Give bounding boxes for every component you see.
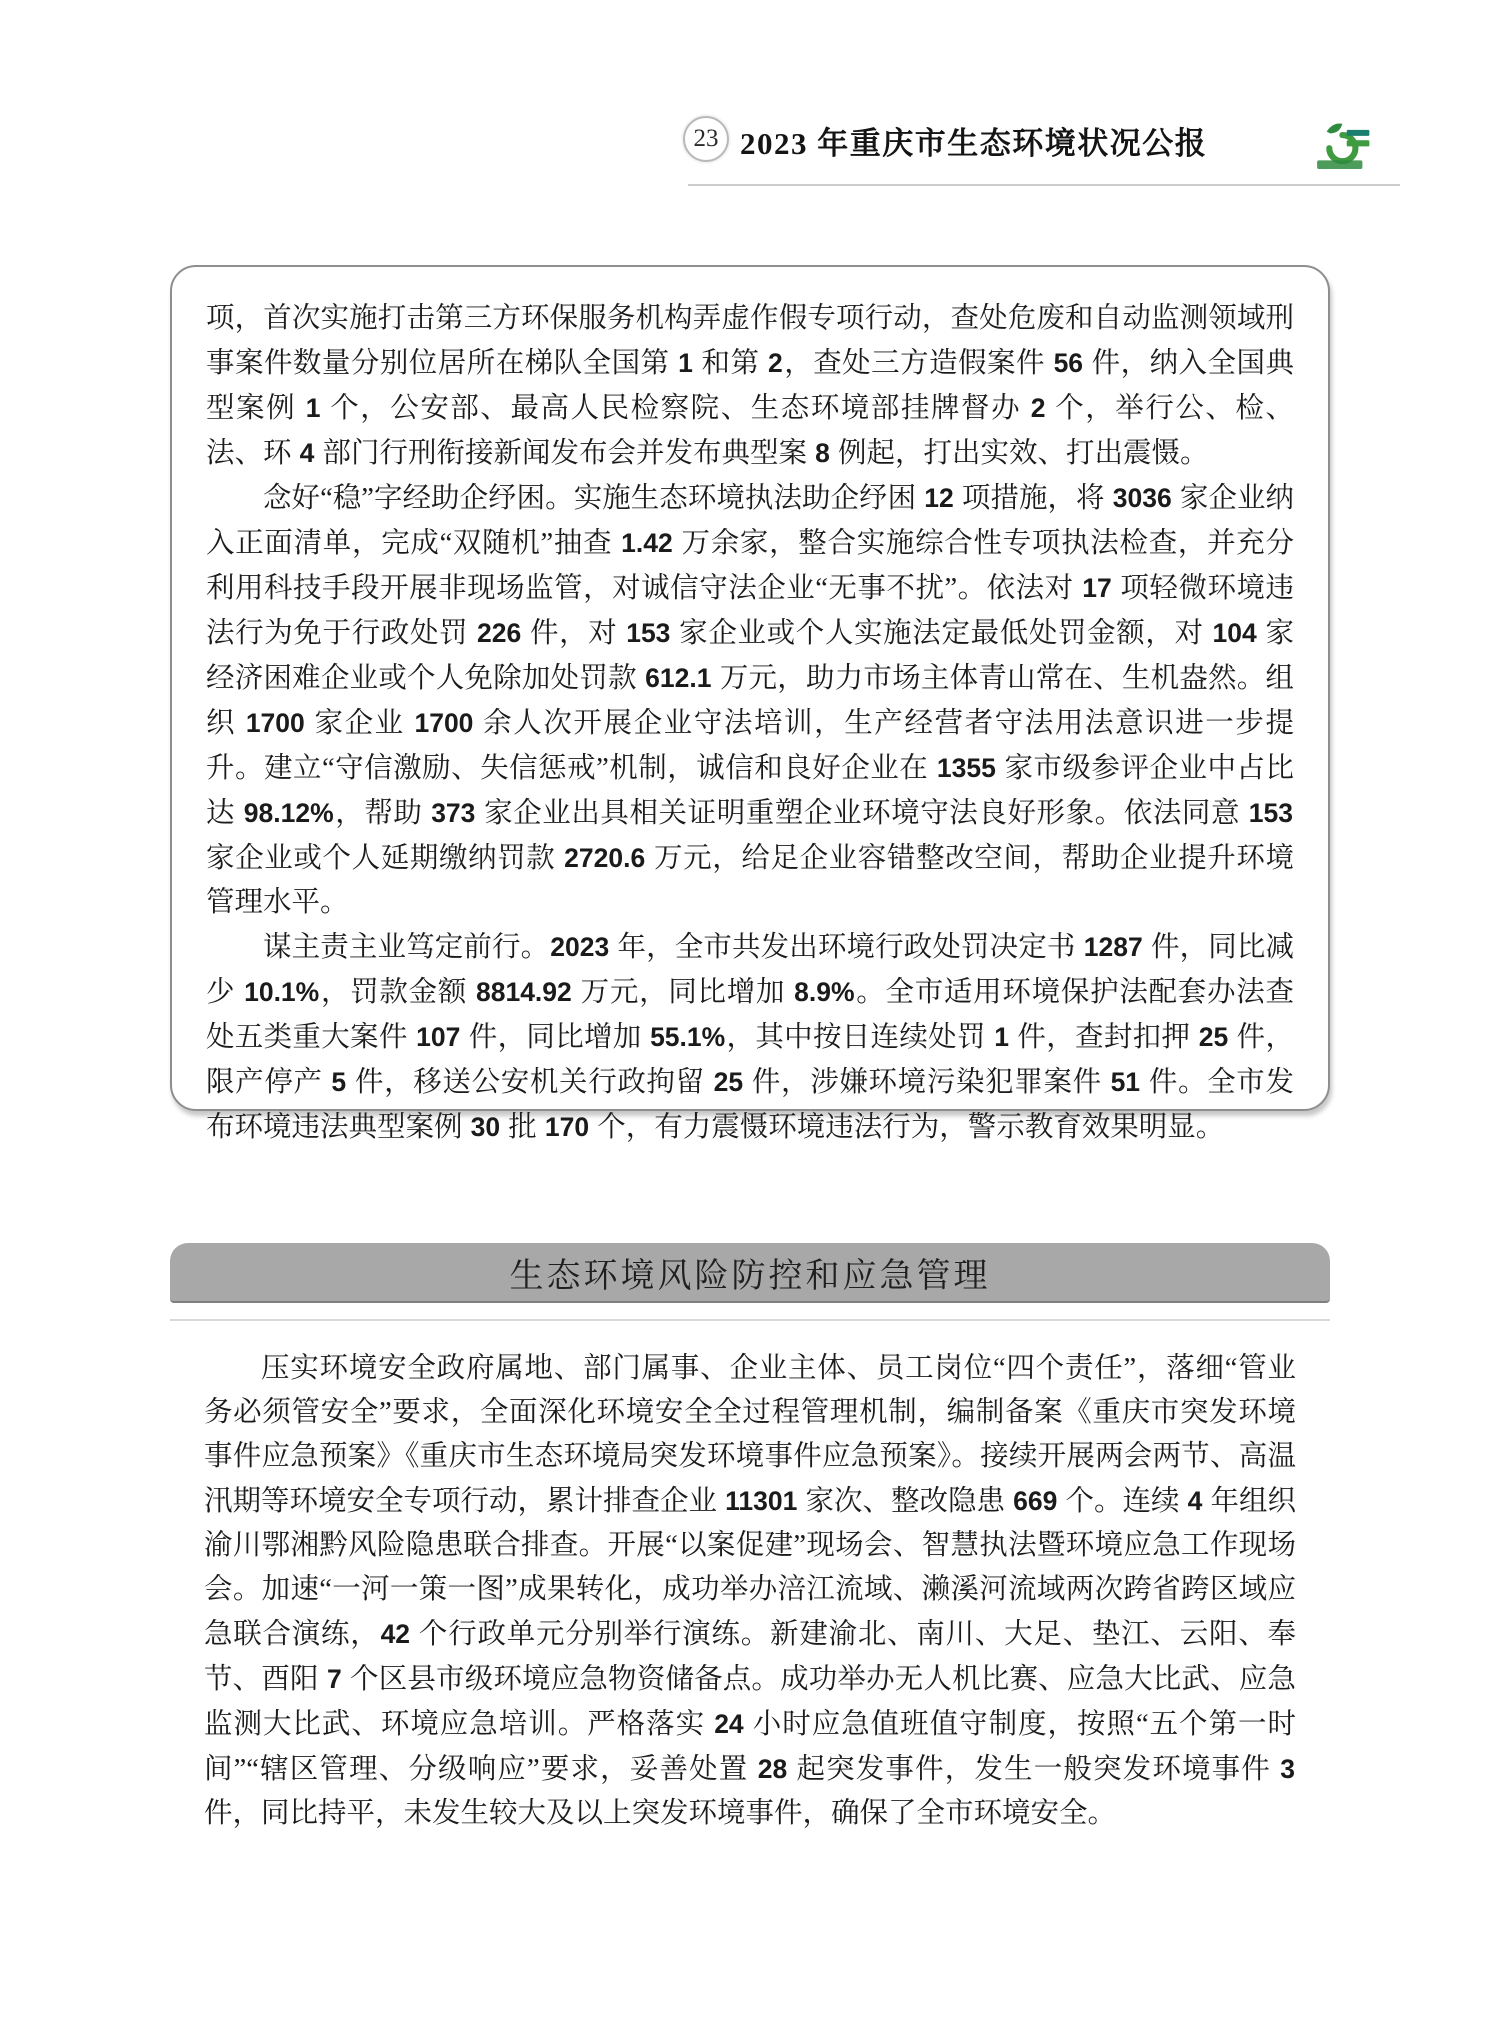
section-title: 生态环境风险防控和应急管理	[510, 1248, 991, 1297]
section-body: 压实环境安全政府属地、部门属事、企业主体、员工岗位“四个责任”，落细“管业务必须…	[204, 1347, 1296, 1836]
paragraph-enterprise-relief: 念好“稳”字经助企纾困。实施生态环境执法助企纾困 12 项措施，将 3036 家…	[206, 476, 1294, 925]
page-title: 2023 年重庆市生态环境状况公报	[740, 118, 1207, 163]
report-page: 23 2023 年重庆市生态环境状况公报 项，首次实施打击第三方环保服务机构弄虚…	[0, 0, 1488, 2019]
content-box: 项，首次实施打击第三方环保服务机构弄虚作假专项行动，查处危废和自动监测领域刑事案…	[170, 265, 1330, 1111]
page-number: 23	[694, 125, 719, 153]
cqee-logo-icon	[1303, 122, 1373, 176]
page-number-badge: 23	[683, 116, 729, 162]
section-banner: 生态环境风险防控和应急管理	[170, 1243, 1330, 1303]
cqee-logo-graphic	[1303, 122, 1373, 176]
paragraph-enforcement-stats: 谋主责主业笃定前行。2023 年，全市共发出环境行政处罚决定书 1287 件，同…	[206, 925, 1294, 1150]
section-divider	[170, 1319, 1330, 1321]
header-rule	[688, 184, 1400, 186]
paragraph-continuation: 项，首次实施打击第三方环保服务机构弄虚作假专项行动，查处危废和自动监测领域刑事案…	[206, 297, 1294, 476]
paragraph-risk-emergency: 压实环境安全政府属地、部门属事、企业主体、员工岗位“四个责任”，落细“管业务必须…	[204, 1347, 1296, 1836]
